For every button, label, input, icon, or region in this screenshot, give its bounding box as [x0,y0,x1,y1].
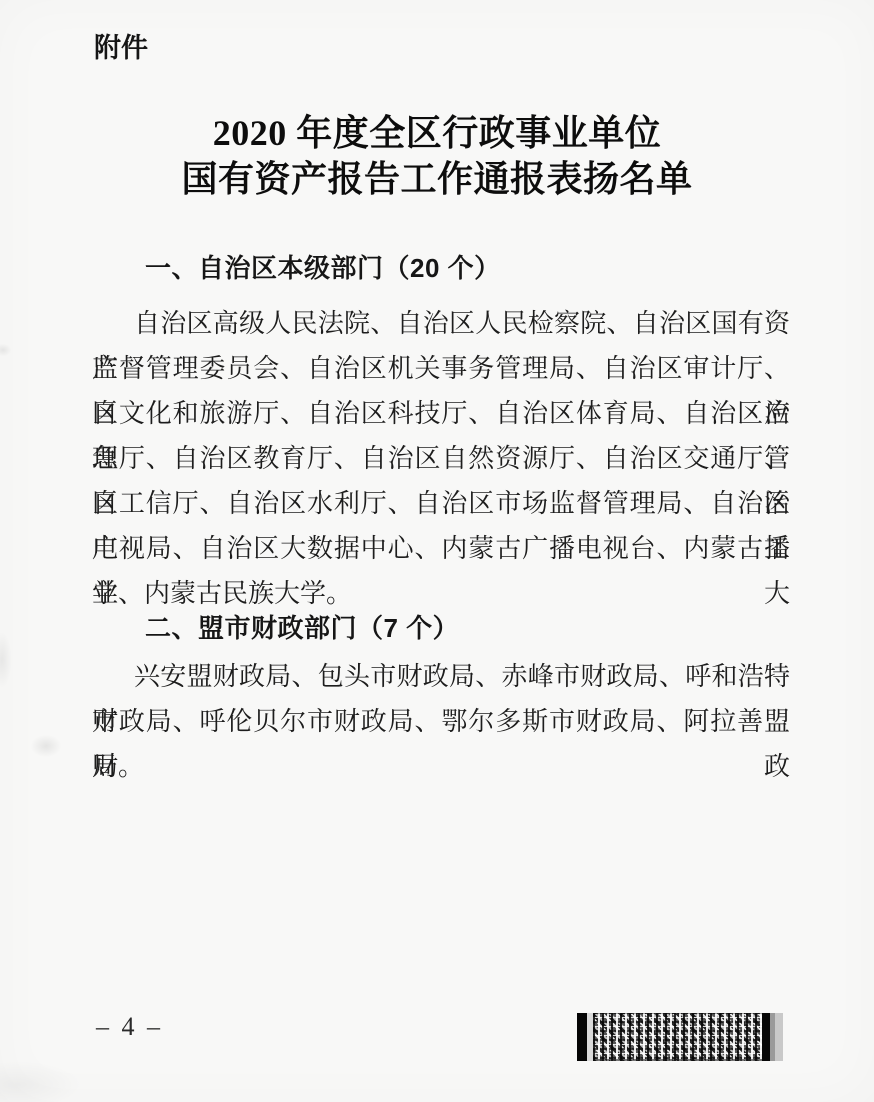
section-2-heading: 二、盟市财政部门（7 个） [145,612,459,644]
document-title: 2020 年度全区行政事业单位 国有资产报告工作通报表扬名单 [0,110,874,202]
barcode-left-bar [577,1013,587,1061]
document-page: 附件 2020 年度全区行政事业单位 国有资产报告工作通报表扬名单 一、自治区本… [0,0,874,1102]
barcode-icon [577,1013,783,1061]
section-1-heading: 一、自治区本级部门（20 个） [145,252,501,284]
section-2-paragraph: 兴安盟财政局、包头市财政局、赤峰市财政局、呼和浩特市 财政局、呼伦贝尔市财政局、… [92,654,790,789]
paragraph-line: 区工信厅、自治区水利厅、自治区市场监督管理局、自治区广播 [92,481,790,526]
paragraph-line: 自治区高级人民法院、自治区人民检察院、自治区国有资产 [92,301,790,346]
paragraph-line: 兴安盟财政局、包头市财政局、赤峰市财政局、呼和浩特市 [92,654,790,699]
page-number: – 4 – [96,1010,163,1044]
document-title-line-1: 2020 年度全区行政事业单位 [0,110,874,156]
paragraph-line: 理厅、自治区教育厅、自治区自然资源厅、自治区交通厅、自治 [92,436,790,481]
barcode-noise-area [593,1013,762,1061]
paragraph-line: 区文化和旅游厅、自治区科技厅、自治区体育局、自治区应急管 [92,391,790,436]
section-1-paragraph: 自治区高级人民法院、自治区人民检察院、自治区国有资产 监督管理委员会、自治区机关… [92,301,790,616]
paragraph-line: 电视局、自治区大数据中心、内蒙古广播电视台、内蒙古工业大 [92,526,790,571]
document-title-line-2: 国有资产报告工作通报表扬名单 [0,156,874,202]
paragraph-line: 财政局、呼伦贝尔市财政局、鄂尔多斯市财政局、阿拉善盟财政 [92,699,790,744]
barcode-right-bar [762,1013,770,1061]
paragraph-line: 监督管理委员会、自治区机关事务管理局、自治区审计厅、自治 [92,346,790,391]
attachment-label: 附件 [94,31,148,65]
barcode-right-edge [775,1013,783,1061]
